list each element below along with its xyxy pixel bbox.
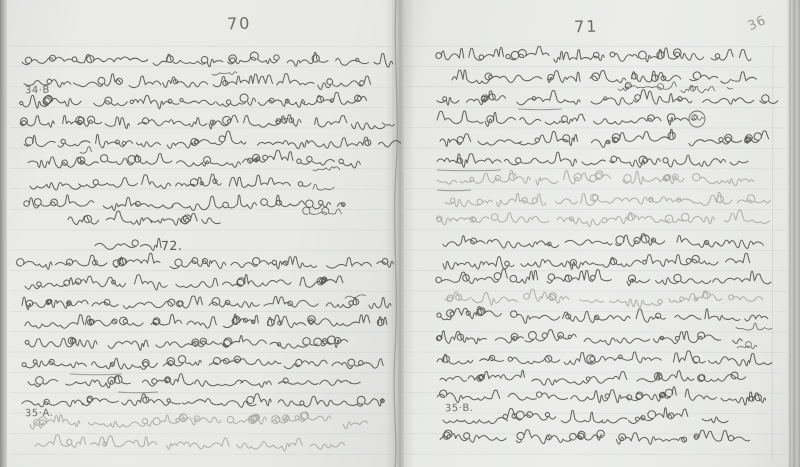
page-right	[404, 0, 787, 467]
page-stack-edge	[787, 0, 800, 467]
heading-verse-number: 72.	[161, 238, 183, 253]
page-left	[7, 0, 392, 467]
page-number-right: 71	[574, 17, 599, 37]
gutter-crease-line	[394, 0, 397, 467]
manuscript-scan: 70 71 36 72. காரியுங்கதிரோனுனுங்களைத் து…	[0, 0, 800, 467]
book-edge-left	[0, 0, 7, 467]
page-number-left: 70	[227, 14, 252, 34]
